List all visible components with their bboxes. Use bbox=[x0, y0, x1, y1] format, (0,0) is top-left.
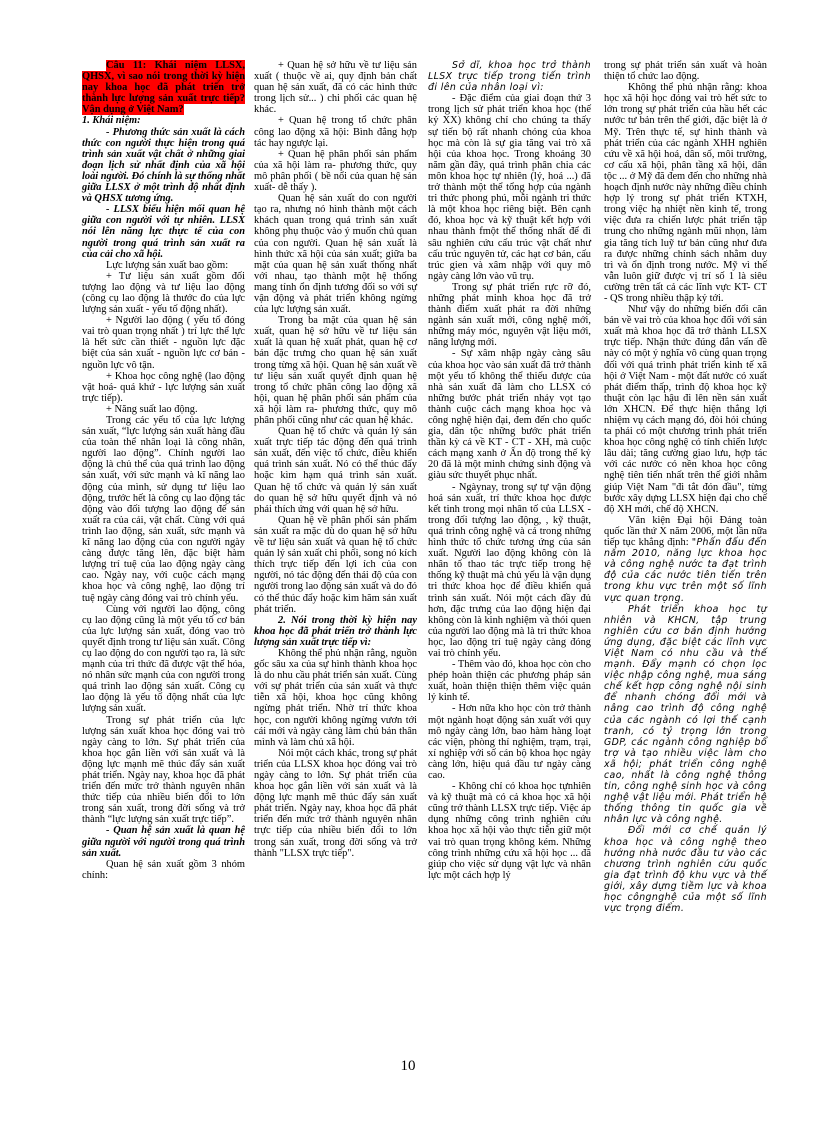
paragraph: - Sự xâm nhập ngày càng sâu của khoa học… bbox=[428, 348, 591, 481]
paragraph: trong sự phát triển sản xuất và hoàn thi… bbox=[604, 60, 767, 82]
paragraph: + Tư liệu sản xuất gồm đối tượng lao độn… bbox=[82, 271, 245, 315]
paragraph: Quan hệ sản xuất gồm 3 nhóm chính: bbox=[82, 859, 245, 881]
paragraph: Sở dĩ, khoa học trở thành LLSX trực tiếp… bbox=[428, 60, 591, 93]
paragraph: - Thêm vào đó, khoa học còn cho phép hoà… bbox=[428, 659, 591, 703]
text-column-3: Sở dĩ, khoa học trở thành LLSX trực tiếp… bbox=[428, 60, 591, 881]
paragraph: Trong sự phát triển rực rỡ đó, những phá… bbox=[428, 282, 591, 349]
paragraph: Quan hệ tổ chức và quản lý sản xuất trực… bbox=[254, 426, 417, 515]
paragraph: Nói một cách khác, trong sự phát triển c… bbox=[254, 748, 417, 859]
section-heading-2: 2. Nói trong thời kỳ hiện nay khoa học đ… bbox=[254, 615, 417, 648]
text-column-1: Câu 11: Khái niệm LLSX, QHSX, vì sao nói… bbox=[82, 60, 245, 881]
paragraph: + Người lao động ( yếu tố đóng vai trò q… bbox=[82, 315, 245, 370]
paragraph: + Quan hệ trong tổ chức phân công lao độ… bbox=[254, 115, 417, 148]
paragraph: - Phương thức sản xuất là cách thức con … bbox=[82, 127, 245, 205]
text-column-4: trong sự phát triển sản xuất và hoàn thi… bbox=[604, 60, 767, 914]
highlighted-question: Câu 11: Khái niệm LLSX, QHSX, vì sao nói… bbox=[82, 60, 245, 115]
paragraph: Không thể phủ nhận rằng, nguồn gốc sâu x… bbox=[254, 648, 417, 748]
text-column-2: + Quan hệ sở hữu về tư liệu sản xuất ( t… bbox=[254, 60, 417, 859]
paragraph: + Quan hệ phân phối sản phẩm của xã hội … bbox=[254, 149, 417, 193]
page-number: 10 bbox=[0, 1058, 816, 1075]
paragraph: - Hơn nữa kho học còn trở thành một ngàn… bbox=[428, 703, 591, 781]
paragraph: Trong các yếu tố của lực lượng sản xuất,… bbox=[82, 415, 245, 604]
paragraph: Trong ba mặt của quan hệ sản xuất, quan … bbox=[254, 315, 417, 426]
paragraph: Văn kiện Đại hội Đảng toàn quốc lần thứ … bbox=[604, 515, 767, 604]
paragraph: - Ngàynay, trong sự tự vận động hoá sản … bbox=[428, 482, 591, 660]
paragraph: Quan hệ về phân phối sản phẩm sản xuất r… bbox=[254, 515, 417, 615]
paragraph: Cùng với người lao động, công cụ lao độn… bbox=[82, 604, 245, 715]
question-heading: Câu 11: Khái niệm LLSX, QHSX, vì sao nói… bbox=[82, 60, 245, 115]
paragraph: - LLSX biểu hiện mối quan hệ giữa con ng… bbox=[82, 204, 245, 259]
section-heading-1: 1. Khái niệm: bbox=[82, 115, 245, 126]
paragraph: Không thể phủ nhận rằng: khoa học xã hội… bbox=[604, 82, 767, 304]
paragraph: + Khoa học công nghệ (lao động vật hoá- … bbox=[82, 371, 245, 404]
paragraph: + Năng suất lao động. bbox=[82, 404, 245, 415]
paragraph: Lực lượng sản xuất bao gồm: bbox=[82, 260, 245, 271]
paragraph: Trong sự phát triển của lực lượng sản xu… bbox=[82, 715, 245, 826]
paragraph: - Đặc điểm của giai đoạn thứ 3 trong lịc… bbox=[428, 93, 591, 282]
paragraph: Đổi mới cơ chế quản lý khoa học và công … bbox=[604, 825, 767, 914]
paragraph: Quan hệ sản xuất do con người tạo ra, nh… bbox=[254, 193, 417, 315]
paragraph: + Quan hệ sở hữu về tư liệu sản xuất ( t… bbox=[254, 60, 417, 115]
document-page: Câu 11: Khái niệm LLSX, QHSX, vì sao nói… bbox=[0, 0, 816, 1123]
paragraph: - Không chỉ có khoa học tựnhiên và kỹ th… bbox=[428, 781, 591, 881]
paragraph: - Quan hệ sản xuất là quan hệ giữa người… bbox=[82, 825, 245, 858]
paragraph: Phát triển khoa học tự nhiên và KHCN, tậ… bbox=[604, 604, 767, 826]
paragraph: Như vậy do những biến đổi căn bản về vai… bbox=[604, 304, 767, 515]
